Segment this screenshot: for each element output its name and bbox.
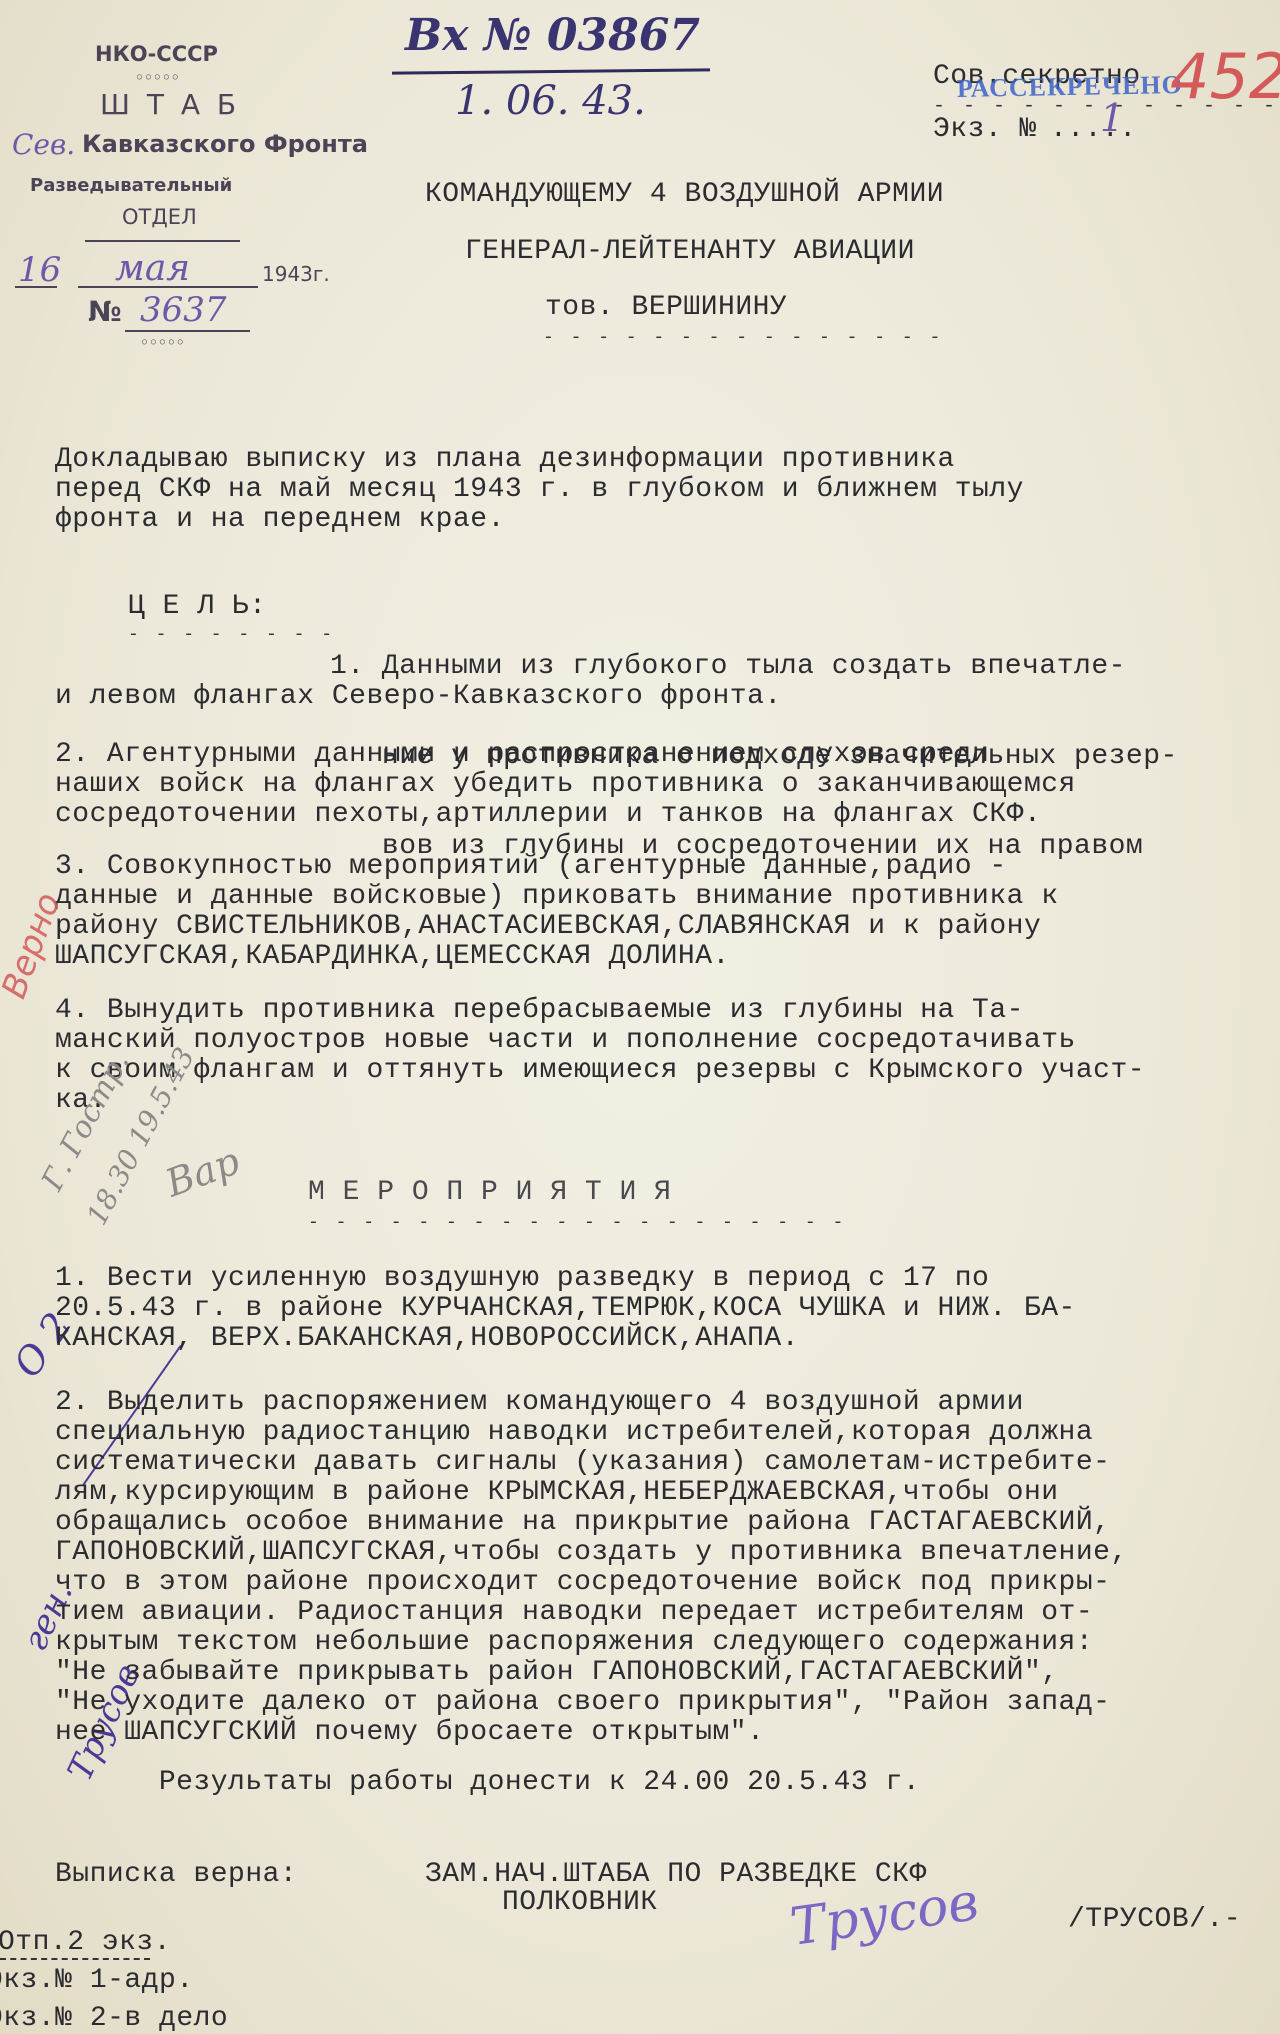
addressee-line1: КОМАНДУЮЩЕМУ 4 ВОЗДУШНОЙ АРМИИ — [425, 180, 944, 210]
goal-line: 3. Совокупностью мероприятий (агентурные… — [55, 852, 1235, 882]
measure-line: что в этом районе происходит сосредоточе… — [55, 1568, 1235, 1598]
measure-item-1: 1. Вести усиленную воздушную разведку в … — [55, 1264, 1235, 1354]
stamp-org: НКО-СССР — [95, 42, 218, 66]
goal-line: наших войск на флангах убедить противник… — [55, 770, 1235, 800]
goal-item-1-tail: и левом флангах Северо-Кавказского фронт… — [55, 682, 782, 712]
stamp-year: 1943г. — [262, 262, 330, 286]
goal-item-3: 3. Совокупностью мероприятий (агентурные… — [55, 852, 1235, 972]
number-underline — [125, 330, 250, 332]
stamp-ornament-bottom: ◦◦◦◦◦ — [140, 335, 185, 351]
measure-line: 1. Вести усиленную воздушную разведку в … — [55, 1264, 1235, 1294]
goal-label: Ц Е Л Ь: — [128, 592, 266, 622]
measure-item-2: 2. Выделить распоряжением командующего 4… — [55, 1388, 1235, 1748]
intro-line: фронта и на переднем крае. — [55, 505, 1235, 535]
measure-line: КАНСКАЯ, ВЕРХ.БАКАНСКАЯ,НОВОРОССИЙСК,АНА… — [55, 1324, 1235, 1354]
measures-title-underline: - - - - - - - - - - - - - - - - - - - - — [308, 1208, 846, 1238]
goal-line: ШАПСУГСКАЯ,КАБАРДИНКА,ЦЕМЕССКАЯ ДОЛИНА. — [55, 942, 1235, 972]
measure-line: тием авиации. Радиостанция наводки перед… — [55, 1598, 1235, 1628]
measure-line: лям,курсирующим в районе КРЫМСКАЯ,НЕБЕРД… — [55, 1478, 1235, 1508]
stamp-front-handwritten: Сев. — [12, 128, 75, 161]
goal-line: к своим флангам и оттянуть имеющиеся рез… — [55, 1056, 1235, 1086]
goal-line: ка. — [55, 1086, 1235, 1116]
stamp-hq: Ш Т А Б — [100, 88, 240, 121]
registration-rule — [392, 68, 710, 74]
distribution-underline — [0, 1958, 150, 1960]
measure-line: ГАПОНОВСКИЙ,ШАПСУГСКАЯ,чтобы создать у п… — [55, 1538, 1235, 1568]
intro-line: Докладываю выписку из плана дезинформаци… — [55, 445, 1235, 475]
goal-line: сосредоточении пехоты,артиллерии и танко… — [55, 800, 1235, 830]
measure-line: 2. Выделить распоряжением командующего 4… — [55, 1388, 1235, 1418]
goal-line: данные и данные войсковые) приковать вни… — [55, 882, 1235, 912]
results-line: Результаты работы донести к 24.00 20.5.4… — [55, 1768, 920, 1798]
measures-title: М Е Р О П Р И Я Т И Я — [308, 1178, 671, 1208]
measure-line: "Не забывайте прикрывать район ГАПОНОВСК… — [55, 1658, 1235, 1688]
goal-label-underline: - - - - - - - - — [128, 620, 335, 650]
stamp-dept: Разведывательный — [30, 175, 232, 196]
goal-line: 2. Агентурными данными и распространение… — [55, 740, 1235, 770]
intro-line: перед СКФ на май месяц 1943 г. в глубоко… — [55, 475, 1235, 505]
measure-line: 20.5.43 г. в районе КУРЧАНСКАЯ,ТЕМРЮК,КО… — [55, 1294, 1235, 1324]
signatory-rank: ПОЛКОВНИК — [502, 1888, 658, 1918]
stamp-front: Кавказского Фронта — [82, 130, 368, 158]
signatory-position: ЗАМ.НАЧ.ШТАБА ПО РАЗВЕДКЕ СКФ — [425, 1860, 927, 1890]
goal-line: 1. Данными из глубокого тыла создать впе… — [330, 652, 1178, 682]
extract-true-label: Выписка верна: — [55, 1860, 297, 1890]
goal-item-4: 4. Вынудить противника перебрасываемые и… — [55, 996, 1235, 1116]
copy-number: 1 — [1100, 96, 1124, 140]
distribution-printed: Отп.2 экз. — [0, 1928, 171, 1958]
addressee-line2: ГЕНЕРАЛ-ЛЕЙТЕНАНТУ АВИАЦИИ — [465, 237, 915, 267]
goal-line: манский полуостров новые части и пополне… — [55, 1026, 1235, 1056]
measure-line: "Не уходите далеко от района своего прик… — [55, 1688, 1235, 1718]
stamp-month: мая — [115, 248, 190, 289]
copy-label: Экз. № — [933, 115, 1037, 145]
stamp-number-label: № — [88, 295, 122, 328]
intro-paragraph: Докладываю выписку из плана дезинформаци… — [55, 445, 1235, 535]
stamp-number: 3637 — [140, 290, 227, 330]
goal-item-2: 2. Агентурными данными и распространение… — [55, 740, 1235, 830]
incoming-registration: Вх № 03867 — [405, 10, 700, 61]
stamp-divider — [85, 240, 240, 242]
stamp-ornament: ◦◦◦◦◦ — [135, 70, 180, 86]
goal-line: 4. Вынудить противника перебрасываемые и… — [55, 996, 1235, 1026]
signatory-name: /ТРУСОВ/.- — [1068, 1905, 1241, 1935]
distribution-copy2: Экз.№ 2-в дело — [0, 2004, 228, 2034]
distribution-copy1: Экз.№ 1-адр. — [0, 1966, 194, 1996]
archive-page-number: 452 — [1170, 40, 1280, 113]
month-underline — [78, 286, 258, 288]
document-page: НКО-СССР ◦◦◦◦◦ Ш Т А Б Сев. Кавказского … — [0, 0, 1280, 2034]
measure-line: систематически давать сигналы (указания)… — [55, 1448, 1235, 1478]
addressee-line3: тов. ВЕРШИНИНУ — [545, 293, 787, 323]
stamp-day: 16 — [18, 250, 61, 290]
measure-line: специальную радиостанцию наводки истреби… — [55, 1418, 1235, 1448]
addressee-underline: - - - - - - - - - - - - - - - — [543, 323, 943, 353]
measure-line: крытым текстом небольшие распоряжения сл… — [55, 1628, 1235, 1658]
margin-note-pencil-3: Вар — [160, 1139, 245, 1206]
incoming-date: 1. 06. 43. — [455, 78, 646, 124]
measure-line: обращались особое внимание на прикрытие … — [55, 1508, 1235, 1538]
stamp-dept2: ОТДЕЛ — [122, 205, 197, 229]
goal-line: району СВИСТЕЛЬНИКОВ,АНАСТАСИЕВСКАЯ,СЛАВ… — [55, 912, 1235, 942]
day-underline — [15, 286, 57, 288]
measure-line: нее ШАПСУГСКИЙ почему бросаете открытым"… — [55, 1718, 1235, 1748]
